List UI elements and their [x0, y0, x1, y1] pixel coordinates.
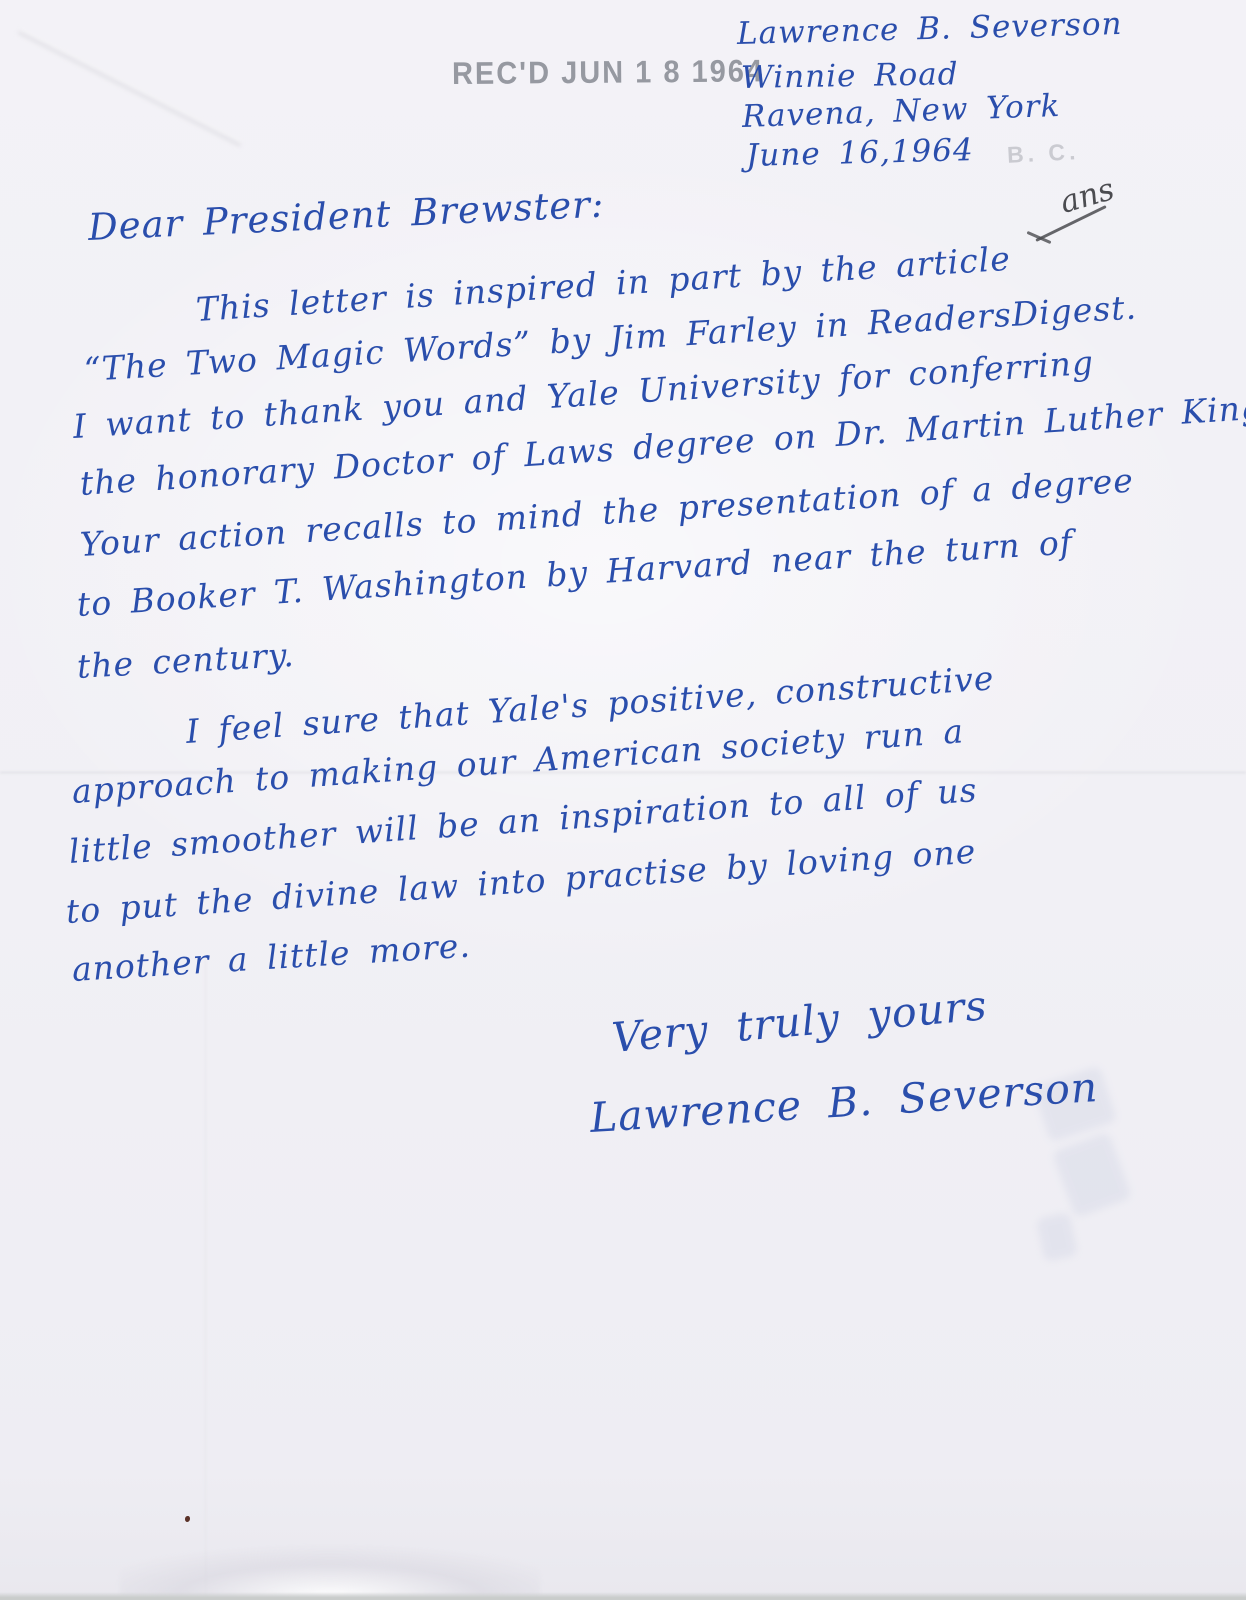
signature: Lawrence B. Severson — [589, 1063, 1100, 1142]
letter-scan-page: REC'D JUN 1 8 1964 B. C. ans Lawrence B.… — [0, 0, 1246, 1600]
ink-speck — [185, 1516, 190, 1522]
initials-stamp: B. C. — [1006, 138, 1080, 169]
salutation: Dear President Brewster: — [87, 183, 605, 249]
corner-crease — [16, 28, 242, 149]
letter-date: June 16,1964 — [746, 132, 975, 174]
sender-street: Winnie Road — [741, 56, 959, 96]
paper-bottom-edge — [0, 1592, 1246, 1600]
vertical-fold-crease — [204, 960, 207, 1600]
received-date-stamp: REC'D JUN 1 8 1964 — [452, 54, 764, 92]
pencil-answered-note: ans — [1056, 171, 1118, 221]
closing: Very truly yours — [610, 981, 989, 1062]
ink-bleed-through — [1052, 1132, 1132, 1218]
paper-curl-shadow — [120, 1544, 540, 1596]
sender-name: Lawrence B. Severson — [737, 6, 1123, 52]
paragraph2-line-5: another a little more. — [71, 926, 472, 989]
paragraph1-line-7: the century. — [76, 635, 296, 686]
ink-bleed-through — [1036, 1212, 1078, 1262]
